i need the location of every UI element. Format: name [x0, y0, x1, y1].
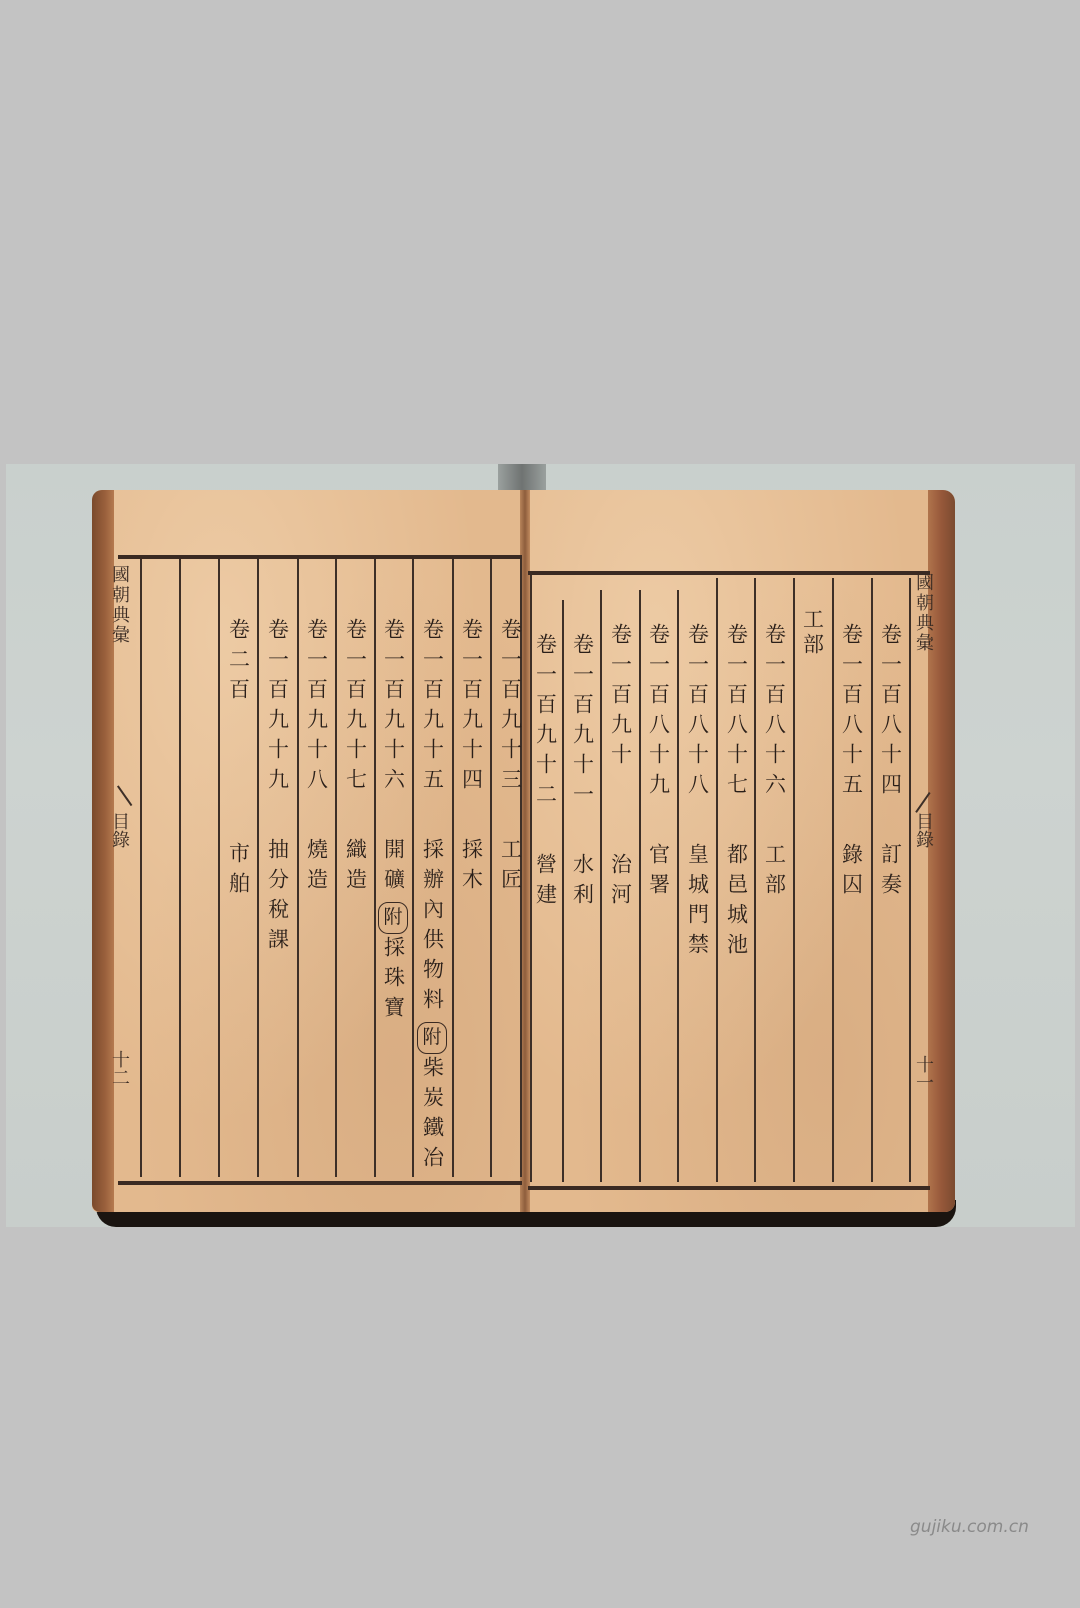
entry-title: 工匠 [495, 838, 526, 898]
margin-title-text: 國朝典彙 [106, 565, 132, 645]
volume-number: 卷一百八十九 [643, 623, 674, 803]
entry-title: 官署 [643, 843, 674, 903]
entry-title: 工部 [759, 843, 790, 903]
left-margin-page: 十二 [106, 1050, 132, 1086]
toc-entry: 卷一百九十六 開礦 附 採珠寶 [374, 618, 412, 1026]
volume-number: 卷一百八十六 [759, 623, 790, 803]
entry-title: 訂奏 [875, 843, 906, 903]
margin-section-text: 目錄 [910, 812, 936, 848]
margin-page-text: 十二 [106, 1050, 132, 1086]
toc-entry: 卷一百八十八 皇城門禁 [678, 623, 716, 963]
entry-title: 水利 [567, 853, 598, 913]
volume-number: 卷一百八十八 [682, 623, 713, 803]
toc-entry: 卷一百八十七 都邑城池 [717, 623, 755, 963]
right-margin-section: 目錄 [910, 812, 936, 848]
entry-title: 皇城門禁 [682, 843, 713, 963]
spine-shadow [498, 464, 546, 492]
entry-title: 採木 [456, 838, 487, 898]
toc-entry: 卷一百九十五 採辦內供物料 附 柴炭鐵冶 [413, 618, 451, 1176]
volume-number: 卷一百九十 [605, 623, 636, 773]
volume-number: 卷一百九十二 [530, 633, 561, 813]
toc-entry: 卷一百八十九 官署 [639, 623, 677, 903]
margin-title-text: 國朝典彙 [910, 573, 936, 653]
toc-entry: 卷一百九十三 工匠 [491, 618, 529, 898]
column-rule [793, 578, 795, 1182]
volume-number: 卷一百九十七 [340, 618, 371, 798]
right-margin-page: 十一 [910, 1055, 936, 1091]
appendix-title: 採珠寶 [378, 936, 409, 1026]
toc-entry: 卷一百九十一 水利 [563, 633, 601, 913]
entry-title: 開礦 [378, 838, 409, 898]
column-rule [909, 578, 911, 1182]
volume-number: 卷一百八十七 [721, 623, 752, 803]
left-margin-title: 國朝典彙 [106, 565, 132, 645]
right-margin-title: 國朝典彙 [910, 573, 936, 653]
entry-title: 市舶 [223, 842, 254, 902]
toc-entry: 卷一百八十六 工部 [755, 623, 793, 903]
entry-title: 營建 [530, 853, 561, 913]
toc-entry: 卷一百八十四 訂奏 [871, 623, 909, 903]
section-heading-text: 工部 [797, 608, 828, 658]
toc-entry: 卷一百九十九 抽分稅課 [258, 618, 296, 958]
volume-number: 卷二百 [223, 618, 254, 708]
entry-title: 織造 [340, 838, 371, 898]
volume-number: 卷一百九十四 [456, 618, 487, 798]
volume-number: 卷一百九十九 [262, 618, 293, 798]
section-heading: 工部 [793, 608, 831, 658]
toc-entry: 卷一百八十五 錄囚 [832, 623, 870, 903]
margin-section-text: 目錄 [106, 812, 132, 848]
volume-number: 卷一百九十六 [378, 618, 409, 798]
volume-number: 卷一百九十一 [567, 633, 598, 813]
entry-title: 治河 [605, 853, 636, 913]
volume-number: 卷一百八十五 [836, 623, 867, 803]
entry-title: 錄囚 [836, 843, 867, 903]
column-rule [140, 559, 142, 1177]
toc-entry: 卷一百九十七 織造 [336, 618, 374, 898]
entry-title: 燒造 [301, 838, 332, 898]
column-rule [179, 559, 181, 1177]
entry-title: 抽分稅課 [262, 838, 293, 958]
toc-entry: 卷二百 市舶 [219, 618, 257, 902]
appendix-marker: 附 [417, 1022, 447, 1054]
watermark: gujiku.com.cn [910, 1517, 1029, 1537]
toc-entry: 卷一百九十 治河 [601, 623, 639, 913]
toc-entry: 卷一百九十四 採木 [452, 618, 490, 898]
entry-title: 採辦內供物料 [417, 838, 448, 1018]
volume-number: 卷一百九十八 [301, 618, 332, 798]
appendix-marker: 附 [378, 902, 408, 934]
toc-entry: 卷一百九十二 營建 [526, 633, 564, 913]
volume-number: 卷一百九十三 [495, 618, 526, 798]
left-margin-section: 目錄 [106, 812, 132, 848]
margin-page-text: 十一 [910, 1055, 936, 1091]
volume-number: 卷一百八十四 [875, 623, 906, 803]
volume-number: 卷一百九十五 [417, 618, 448, 798]
appendix-title: 柴炭鐵冶 [417, 1056, 448, 1176]
toc-entry: 卷一百九十八 燒造 [297, 618, 335, 898]
entry-title: 都邑城池 [721, 843, 752, 963]
